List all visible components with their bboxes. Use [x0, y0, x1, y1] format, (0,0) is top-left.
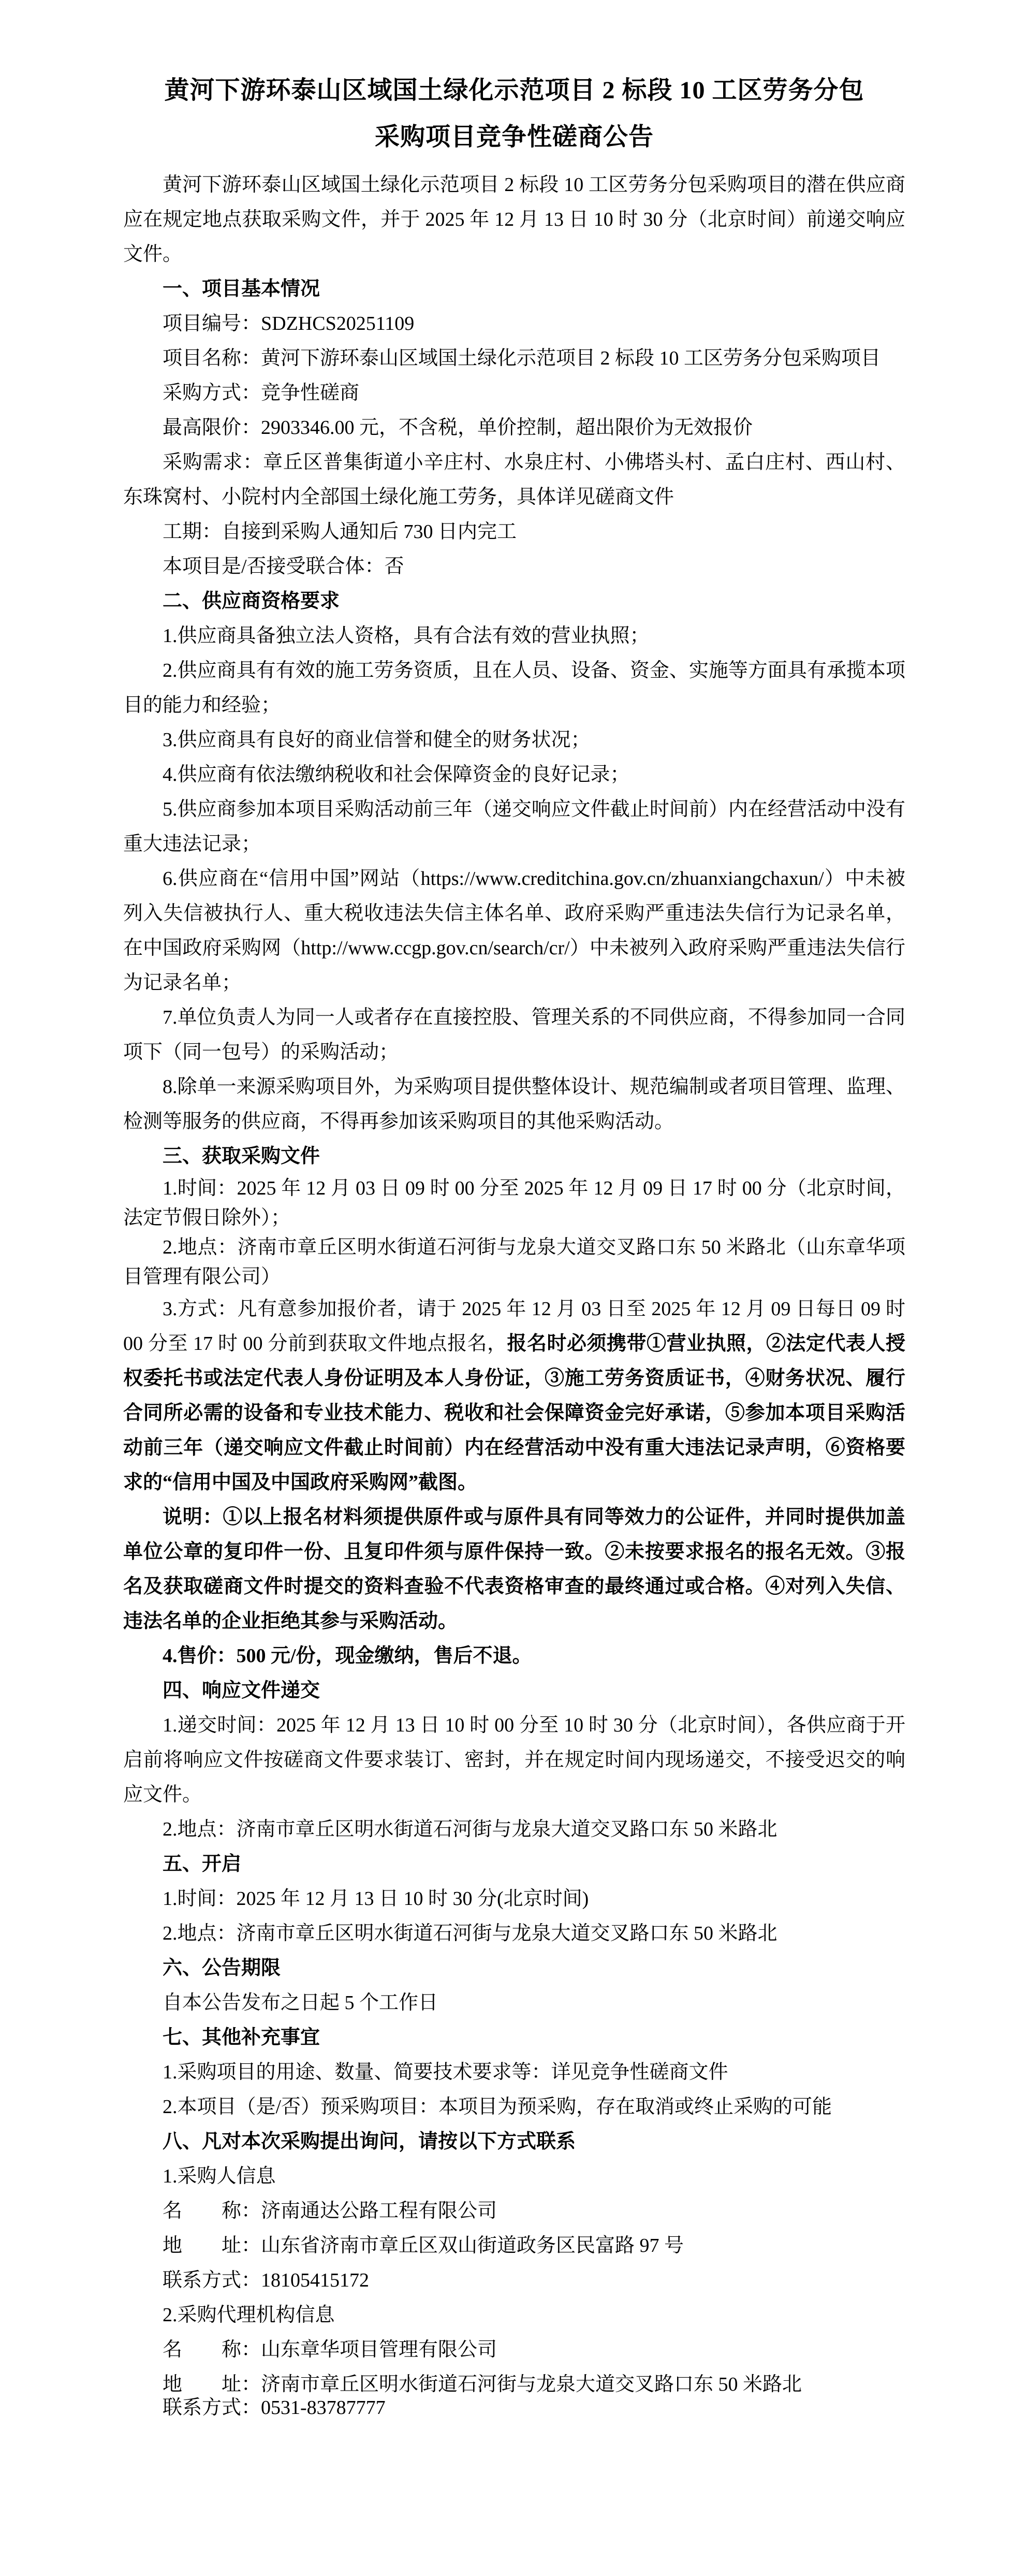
paragraph: 黄河下游环泰山区域国土绿化示范项目 2 标段 10 工区劳务分包采购项目的潜在供…	[123, 168, 905, 272]
paragraph-text: 3.供应商具有良好的商业信誉和健全的财务状况；	[163, 729, 591, 751]
paragraph-text: 1.递交时间：2025 年 12 月 13 日 10 时 00 分至 10 时 …	[123, 1714, 905, 1806]
paragraph: 1.供应商具备独立法人资格，具有合法有效的营业执照；	[123, 619, 905, 653]
paragraph: 4.供应商有依法缴纳税收和社会保障资金的良好记录；	[123, 758, 905, 792]
paragraph-text: 六、公告期限	[163, 1957, 281, 1979]
paragraph-text: 工期：自接到采购人通知后 730 日内完工	[163, 521, 517, 543]
paragraph: 名 称：山东章华项目管理有限公司	[123, 2333, 905, 2367]
paragraph-text: 名 称：山东章华项目管理有限公司	[163, 2339, 497, 2361]
paragraph-text: 2.供应商具有有效的施工劳务资质，且在人员、设备、资金、实施等方面具有承揽本项目…	[123, 660, 905, 716]
paragraph: 1.采购人信息	[123, 2159, 905, 2194]
paragraph: 2.地点：济南市章丘区明水街道石河街与龙泉大道交叉路口东 50 米路北	[123, 1812, 905, 1847]
paragraph-text: 本项目是/否接受联合体：否	[163, 556, 404, 577]
paragraph-text: 联系方式：18105415172	[163, 2269, 369, 2291]
paragraph: 7.单位负责人为同一人或者存在直接控股、管理关系的不同供应商，不得参加同一合同项…	[123, 1000, 905, 1070]
paragraph: 6.供应商在“信用中国”网站（https://www.creditchina.g…	[123, 862, 905, 1000]
paragraph-text: 一、项目基本情况	[163, 278, 320, 300]
paragraph: 2.供应商具有有效的施工劳务资质，且在人员、设备、资金、实施等方面具有承揽本项目…	[123, 653, 905, 723]
paragraph-text: 七、其他补充事宜	[163, 2027, 320, 2048]
paragraph-text: 二、供应商资格要求	[163, 590, 340, 612]
paragraph: 项目编号：SDZHCS20251109	[123, 307, 905, 341]
paragraph-text: 采购需求：章丘区普集街道小辛庄村、水泉庄村、小佛塔头村、孟白庄村、西山村、东珠窝…	[123, 452, 905, 508]
paragraph-text: 八、凡对本次采购提出询问，请按以下方式联系	[163, 2131, 576, 2152]
paragraph-text: 1.时间：2025 年 12 月 03 日 09 时 00 分至 2025 年 …	[123, 1177, 905, 1229]
paragraph: 1.时间：2025 年 12 月 13 日 10 时 30 分(北京时间)	[123, 1882, 905, 1916]
section-heading: 六、公告期限	[123, 1951, 905, 1986]
paragraph: 3.方式：凡有意参加报价者，请于 2025 年 12 月 03 日至 2025 …	[123, 1292, 905, 1500]
paragraph: 工期：自接到采购人通知后 730 日内完工	[123, 515, 905, 549]
paragraph: 说明：①以上报名材料须提供原件或与原件具有同等效力的公证件，并同时提供加盖单位公…	[123, 1500, 905, 1639]
paragraph: 2.采购代理机构信息	[123, 2298, 905, 2333]
paragraph: 最高限价：2903346.00 元，不含税，单价控制，超出限价为无效报价	[123, 411, 905, 445]
paragraph-text: 项目名称：黄河下游环泰山区域国土绿化示范项目 2 标段 10 工区劳务分包采购项…	[163, 347, 881, 369]
paragraph-text: 采购方式：竞争性磋商	[163, 382, 359, 404]
section-heading: 三、获取采购文件	[123, 1139, 905, 1174]
section-heading: 一、项目基本情况	[123, 272, 905, 307]
paragraph-text: 地 址：山东省济南市章丘区双山街道政务区民富路 97 号	[163, 2235, 684, 2257]
paragraph-text: 黄河下游环泰山区域国土绿化示范项目 2 标段 10 工区劳务分包采购项目的潜在供…	[123, 174, 905, 265]
paragraph-text: 2.地点：济南市章丘区明水街道石河街与龙泉大道交叉路口东 50 米路北	[163, 1818, 777, 1840]
paragraph-text: 4.供应商有依法缴纳税收和社会保障资金的良好记录；	[163, 764, 630, 785]
paragraph: 自本公告发布之日起 5 个工作日	[123, 1986, 905, 2020]
paragraph: 项目名称：黄河下游环泰山区域国土绿化示范项目 2 标段 10 工区劳务分包采购项…	[123, 341, 905, 376]
paragraph: 联系方式：18105415172	[123, 2263, 905, 2298]
paragraph-text: 1.采购项目的用途、数量、简要技术要求等：详见竞争性磋商文件	[163, 2061, 728, 2083]
document-title: 黄河下游环泰山区域国土绿化示范项目 2 标段 10 工区劳务分包 采购项目竞争性…	[123, 67, 905, 161]
section-heading: 二、供应商资格要求	[123, 584, 905, 619]
paragraph: 名 称：济南通达公路工程有限公司	[123, 2194, 905, 2229]
paragraph-text-bold: 报名时必须携带①营业执照，②法定代表人授权委托书或法定代表人身份证明及本人身份证…	[123, 1333, 905, 1493]
paragraph-text: 1.供应商具备独立法人资格，具有合法有效的营业执照；	[163, 625, 650, 647]
paragraph-text: 五、开启	[163, 1853, 241, 1875]
section-heading: 七、其他补充事宜	[123, 2020, 905, 2055]
paragraph-text: 7.单位负责人为同一人或者存在直接控股、管理关系的不同供应商，不得参加同一合同项…	[123, 1007, 905, 1063]
paragraph-text: 2.采购代理机构信息	[163, 2304, 335, 2326]
paragraph: 1.采购项目的用途、数量、简要技术要求等：详见竞争性磋商文件	[123, 2055, 905, 2090]
paragraph: 3.供应商具有良好的商业信誉和健全的财务状况；	[123, 723, 905, 758]
document-body: 黄河下游环泰山区域国土绿化示范项目 2 标段 10 工区劳务分包采购项目的潜在供…	[123, 168, 905, 2425]
paragraph: 8.除单一来源采购项目外，为采购项目提供整体设计、规范编制或者项目管理、监理、检…	[123, 1070, 905, 1139]
paragraph: 采购方式：竞争性磋商	[123, 376, 905, 411]
section-heading: 四、响应文件递交	[123, 1673, 905, 1708]
paragraph-text: 项目编号：SDZHCS20251109	[163, 313, 414, 334]
paragraph-text: 2.本项目（是/否）预采购项目：本项目为预采购，存在取消或终止采购的可能	[163, 2096, 832, 2118]
title-line-2: 采购项目竞争性磋商公告	[123, 114, 905, 161]
paragraph: 1.时间：2025 年 12 月 03 日 09 时 00 分至 2025 年 …	[123, 1174, 905, 1233]
paragraph: 采购需求：章丘区普集街道小辛庄村、水泉庄村、小佛塔头村、孟白庄村、西山村、东珠窝…	[123, 445, 905, 515]
paragraph: 4.售价：500 元/份，现金缴纳，售后不退。	[123, 1639, 905, 1673]
paragraph: 2.本项目（是/否）预采购项目：本项目为预采购，存在取消或终止采购的可能	[123, 2090, 905, 2124]
paragraph-text: 2.地点：济南市章丘区明水街道石河街与龙泉大道交叉路口东 50 米路北（山东章华…	[123, 1236, 905, 1288]
paragraph-text: 8.除单一来源采购项目外，为采购项目提供整体设计、规范编制或者项目管理、监理、检…	[123, 1076, 905, 1132]
paragraph: 2.地点：济南市章丘区明水街道石河街与龙泉大道交叉路口东 50 米路北	[123, 1916, 905, 1951]
paragraph-text: 1.采购人信息	[163, 2165, 276, 2187]
paragraph: 1.递交时间：2025 年 12 月 13 日 10 时 00 分至 10 时 …	[123, 1708, 905, 1812]
paragraph-text: 联系方式：0531-83787777	[163, 2397, 386, 2419]
paragraph-text: 5.供应商参加本项目采购活动前三年（递交响应文件截止时间前）内在经营活动中没有重…	[123, 798, 905, 855]
paragraph-text: 三、获取采购文件	[163, 1145, 320, 1167]
paragraph-text: 说明：①以上报名材料须提供原件或与原件具有同等效力的公证件，并同时提供加盖单位公…	[123, 1506, 905, 1632]
paragraph-text: 2.地点：济南市章丘区明水街道石河街与龙泉大道交叉路口东 50 米路北	[163, 1923, 777, 1944]
section-heading: 八、凡对本次采购提出询问，请按以下方式联系	[123, 2124, 905, 2159]
paragraph-text: 最高限价：2903346.00 元，不含税，单价控制，超出限价为无效报价	[163, 417, 753, 439]
paragraph: 本项目是/否接受联合体：否	[123, 549, 905, 584]
paragraph: 2.地点：济南市章丘区明水街道石河街与龙泉大道交叉路口东 50 米路北（山东章华…	[123, 1233, 905, 1292]
announcement-page: 黄河下游环泰山区域国土绿化示范项目 2 标段 10 工区劳务分包 采购项目竞争性…	[0, 0, 1027, 2576]
paragraph-text: 自本公告发布之日起 5 个工作日	[163, 1992, 438, 2014]
paragraph: 5.供应商参加本项目采购活动前三年（递交响应文件截止时间前）内在经营活动中没有重…	[123, 792, 905, 862]
paragraph-text: 6.供应商在“信用中国”网站（https://www.creditchina.g…	[123, 868, 905, 994]
paragraph-text: 四、响应文件递交	[163, 1680, 320, 1701]
title-line-1: 黄河下游环泰山区域国土绿化示范项目 2 标段 10 工区劳务分包	[123, 67, 905, 114]
paragraph-text: 1.时间：2025 年 12 月 13 日 10 时 30 分(北京时间)	[163, 1888, 589, 1910]
paragraph-text: 名 称：济南通达公路工程有限公司	[163, 2200, 497, 2222]
paragraph-text: 4.售价：500 元/份，现金缴纳，售后不退。	[163, 1645, 532, 1667]
section-heading: 五、开启	[123, 1847, 905, 1882]
paragraph: 地 址：山东省济南市章丘区双山街道政务区民富路 97 号	[123, 2229, 905, 2263]
